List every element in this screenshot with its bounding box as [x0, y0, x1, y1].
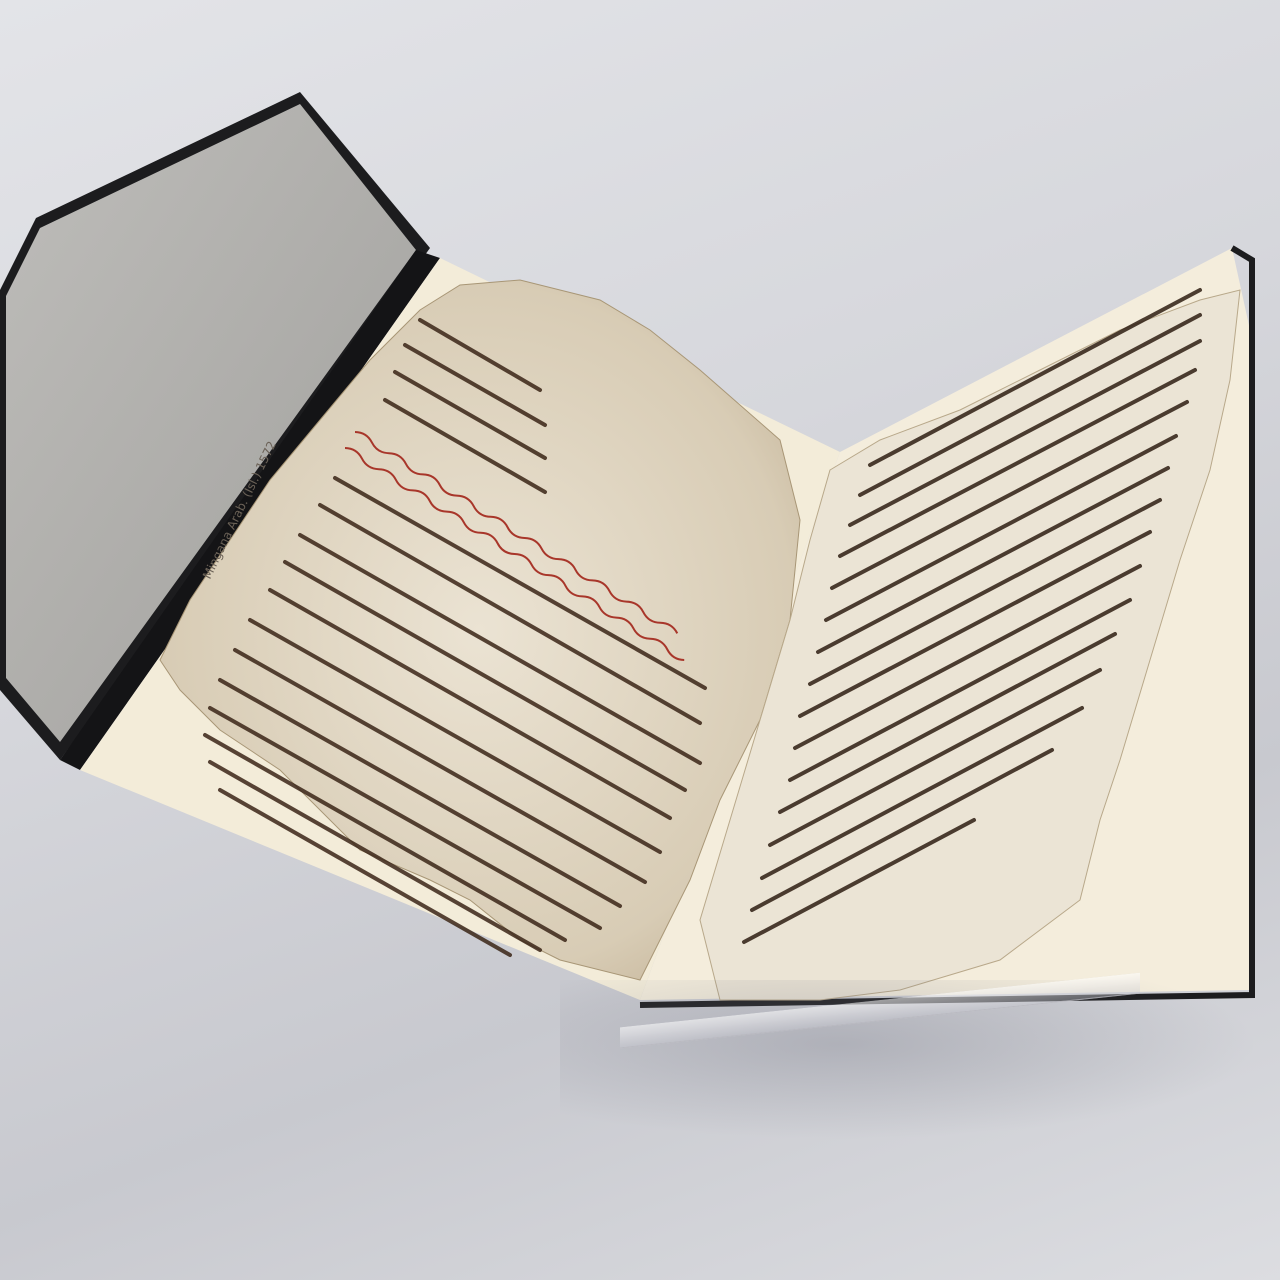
photo-scene: Mingana Arab. (Isl.) 1572 Open facsimile…: [0, 0, 1280, 1280]
